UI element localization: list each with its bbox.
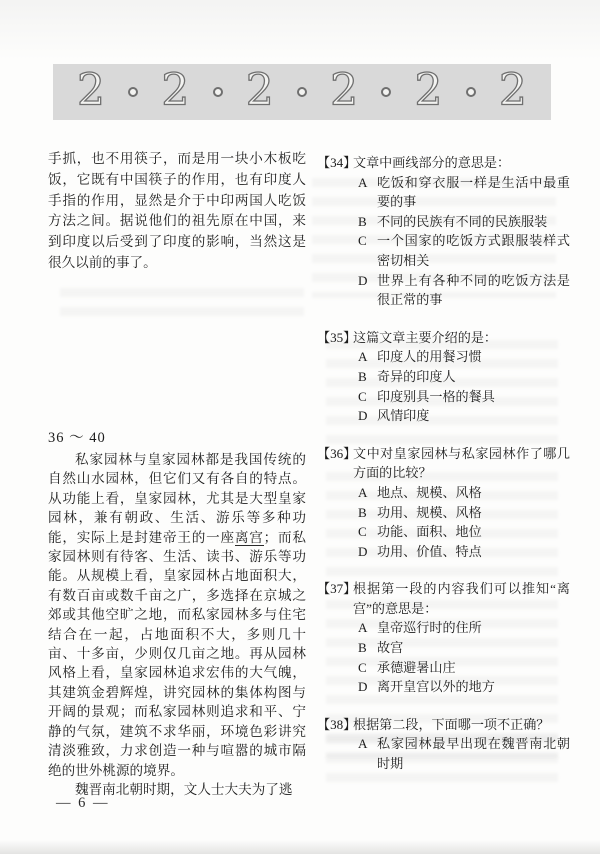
banner-numeral: 2 — [161, 69, 189, 113]
option-text: 奇异的印度人 — [377, 367, 570, 387]
banner-numeral: 2 — [77, 69, 105, 113]
banner-dot-icon — [466, 87, 476, 97]
option-letter: B — [358, 367, 377, 387]
question-prompt: 文中对皇家园林与私家园林作了哪几方面的比较？ — [353, 444, 570, 483]
option-text: 印度别具一格的餐具 — [377, 387, 570, 407]
chapter-banner: 2 2 2 2 2 2 — [53, 64, 551, 120]
answer-option: C 功能、面积、地位 — [353, 522, 570, 542]
answer-option: B 故宫 — [353, 638, 570, 658]
scan-shadow-top — [0, 0, 600, 60]
option-letter: A — [358, 734, 377, 773]
answer-option: D 离开皇宫以外的地方 — [353, 677, 570, 697]
question-prompt: 根据第一段的内容我们可以推知“离宫”的意思是： — [353, 579, 570, 618]
answer-option: A 吃饭和穿衣服一样是生活中最重要的事 — [353, 173, 570, 212]
underlined-term: 离宫 — [235, 530, 264, 547]
answer-option: A 皇帝巡行时的住所 — [353, 618, 570, 638]
passage-body: 私家园林与皇家园林都是我国传统的自然山水园林，但它们又有各自的特点。从功能上看，… — [48, 450, 306, 799]
option-letter: A — [358, 173, 377, 212]
option-letter: B — [358, 212, 377, 232]
option-letter: C — [358, 658, 377, 678]
option-text: 印度人的用餐习惯 — [377, 347, 570, 367]
option-letter: B — [358, 638, 377, 658]
page-bleed-artifact — [60, 288, 304, 320]
question-body: 根据第一段的内容我们可以推知“离宫”的意思是： A 皇帝巡行时的住所 B 故宫 … — [353, 579, 570, 697]
option-text: 功用、规模、风格 — [377, 503, 570, 523]
option-text: 功能、面积、地位 — [377, 522, 570, 542]
answer-option: B 功用、规模、风格 — [353, 503, 570, 523]
answer-option: B 不同的民族有不同的民族服装 — [353, 212, 570, 232]
banner-numeral: 2 — [415, 69, 443, 113]
answer-option: C 承德避暑山庄 — [353, 658, 570, 678]
answer-option: D 风情印度 — [353, 406, 570, 426]
option-text: 地点、规模、风格 — [377, 483, 570, 503]
option-letter: A — [358, 483, 377, 503]
option-text: 吃饭和穿衣服一样是生活中最重要的事 — [377, 173, 570, 212]
question-number: 【35】 — [317, 328, 353, 426]
page-number: — 6 — — [56, 795, 110, 812]
option-letter: C — [358, 231, 377, 270]
option-text: 离开皇宫以外的地方 — [377, 677, 570, 697]
scan-shadow-bottom — [0, 840, 600, 854]
passage-paragraph-continued: 手抓，也不用筷子，而是用一块小木板吃饭，它既有中国筷子的作用，也有印度人手指的作… — [48, 149, 306, 274]
question-number: 【37】 — [317, 579, 353, 697]
question-38: 【38】 根据第二段，下面哪一项不正确？ A 私家园林最早出现在魏晋南北朝时期 — [317, 715, 570, 774]
question-number: 【34】 — [317, 153, 353, 310]
option-text: 一个国家的吃饭方式跟服装样式密切相关 — [377, 231, 570, 270]
option-letter: A — [358, 618, 377, 638]
banner-dot-icon — [381, 87, 391, 97]
passage-paragraph-gardens: 私家园林与皇家园林都是我国传统的自然山水园林，但它们又有各自的特点。从功能上看，… — [48, 450, 306, 780]
answer-option: A 地点、规模、风格 — [353, 483, 570, 503]
question-34: 【34】 文章中画线部分的意思是： A 吃饭和穿衣服一样是生活中最重要的事 B … — [317, 153, 570, 310]
option-letter: D — [358, 677, 377, 697]
option-letter: D — [358, 406, 377, 426]
option-letter: C — [358, 522, 377, 542]
question-36: 【36】 文中对皇家园林与私家园林作了哪几方面的比较？ A 地点、规模、风格 B… — [317, 444, 570, 562]
section-range-label: 36 ～ 40 — [48, 426, 106, 447]
question-prompt: 根据第二段，下面哪一项不正确？ — [353, 715, 570, 735]
banner-dot-icon — [297, 87, 307, 97]
option-text: 功用、价值、特点 — [377, 542, 570, 562]
question-number: 【36】 — [317, 444, 353, 562]
question-body: 文中对皇家园林与私家园林作了哪几方面的比较？ A 地点、规模、风格 B 功用、规… — [353, 444, 570, 562]
option-text: 皇帝巡行时的住所 — [377, 618, 570, 638]
question-body: 这篇文章主要介绍的是： A 印度人的用餐习惯 B 奇异的印度人 C 印度别具一格… — [353, 328, 570, 426]
banner-numeral: 2 — [246, 69, 274, 113]
answer-option: A 私家园林最早出现在魏晋南北朝时期 — [353, 734, 570, 773]
questions-column: 【34】 文章中画线部分的意思是： A 吃饭和穿衣服一样是生活中最重要的事 B … — [317, 153, 570, 792]
option-text: 故宫 — [377, 638, 570, 658]
option-text: 承德避暑山庄 — [377, 658, 570, 678]
answer-option: C 一个国家的吃饭方式跟服装样式密切相关 — [353, 231, 570, 270]
option-letter: D — [358, 542, 377, 562]
answer-option: A 印度人的用餐习惯 — [353, 347, 570, 367]
option-text: 不同的民族有不同的民族服装 — [377, 212, 570, 232]
option-text: 世界上有各种不同的吃饭方法是很正常的事 — [377, 271, 570, 310]
option-text: 私家园林最早出现在魏晋南北朝时期 — [377, 734, 570, 773]
answer-option: C 印度别具一格的餐具 — [353, 387, 570, 407]
answer-option: D 世界上有各种不同的吃饭方法是很正常的事 — [353, 271, 570, 310]
question-number: 【38】 — [317, 715, 353, 774]
question-prompt: 文章中画线部分的意思是： — [353, 153, 570, 173]
option-letter: B — [358, 503, 377, 523]
answer-option: D 功用、价值、特点 — [353, 542, 570, 562]
question-body: 文章中画线部分的意思是： A 吃饭和穿衣服一样是生活中最重要的事 B 不同的民族… — [353, 153, 570, 310]
banner-numeral: 2 — [499, 69, 527, 113]
question-37: 【37】 根据第一段的内容我们可以推知“离宫”的意思是： A 皇帝巡行时的住所 … — [317, 579, 570, 697]
question-body: 根据第二段，下面哪一项不正确？ A 私家园林最早出现在魏晋南北朝时期 — [353, 715, 570, 774]
question-35: 【35】 这篇文章主要介绍的是： A 印度人的用餐习惯 B 奇异的印度人 C 印… — [317, 328, 570, 426]
scanned-book-page: 2 2 2 2 2 2 手抓，也不用筷子，而是用一块小木板吃饭，它既有中国筷子的… — [0, 0, 600, 854]
banner-dot-icon — [128, 87, 138, 97]
passage-text-after-underline: ；而私家园林则有待客、生活、读书、游乐等功能。从规模上看，皇家园林占地面积大，有… — [48, 530, 306, 778]
question-prompt: 这篇文章主要介绍的是： — [353, 328, 570, 348]
option-letter: D — [358, 271, 377, 310]
option-text: 风情印度 — [377, 406, 570, 426]
option-letter: A — [358, 347, 377, 367]
banner-dot-icon — [213, 87, 223, 97]
banner-numeral: 2 — [330, 69, 358, 113]
option-letter: C — [358, 387, 377, 407]
answer-option: B 奇异的印度人 — [353, 367, 570, 387]
